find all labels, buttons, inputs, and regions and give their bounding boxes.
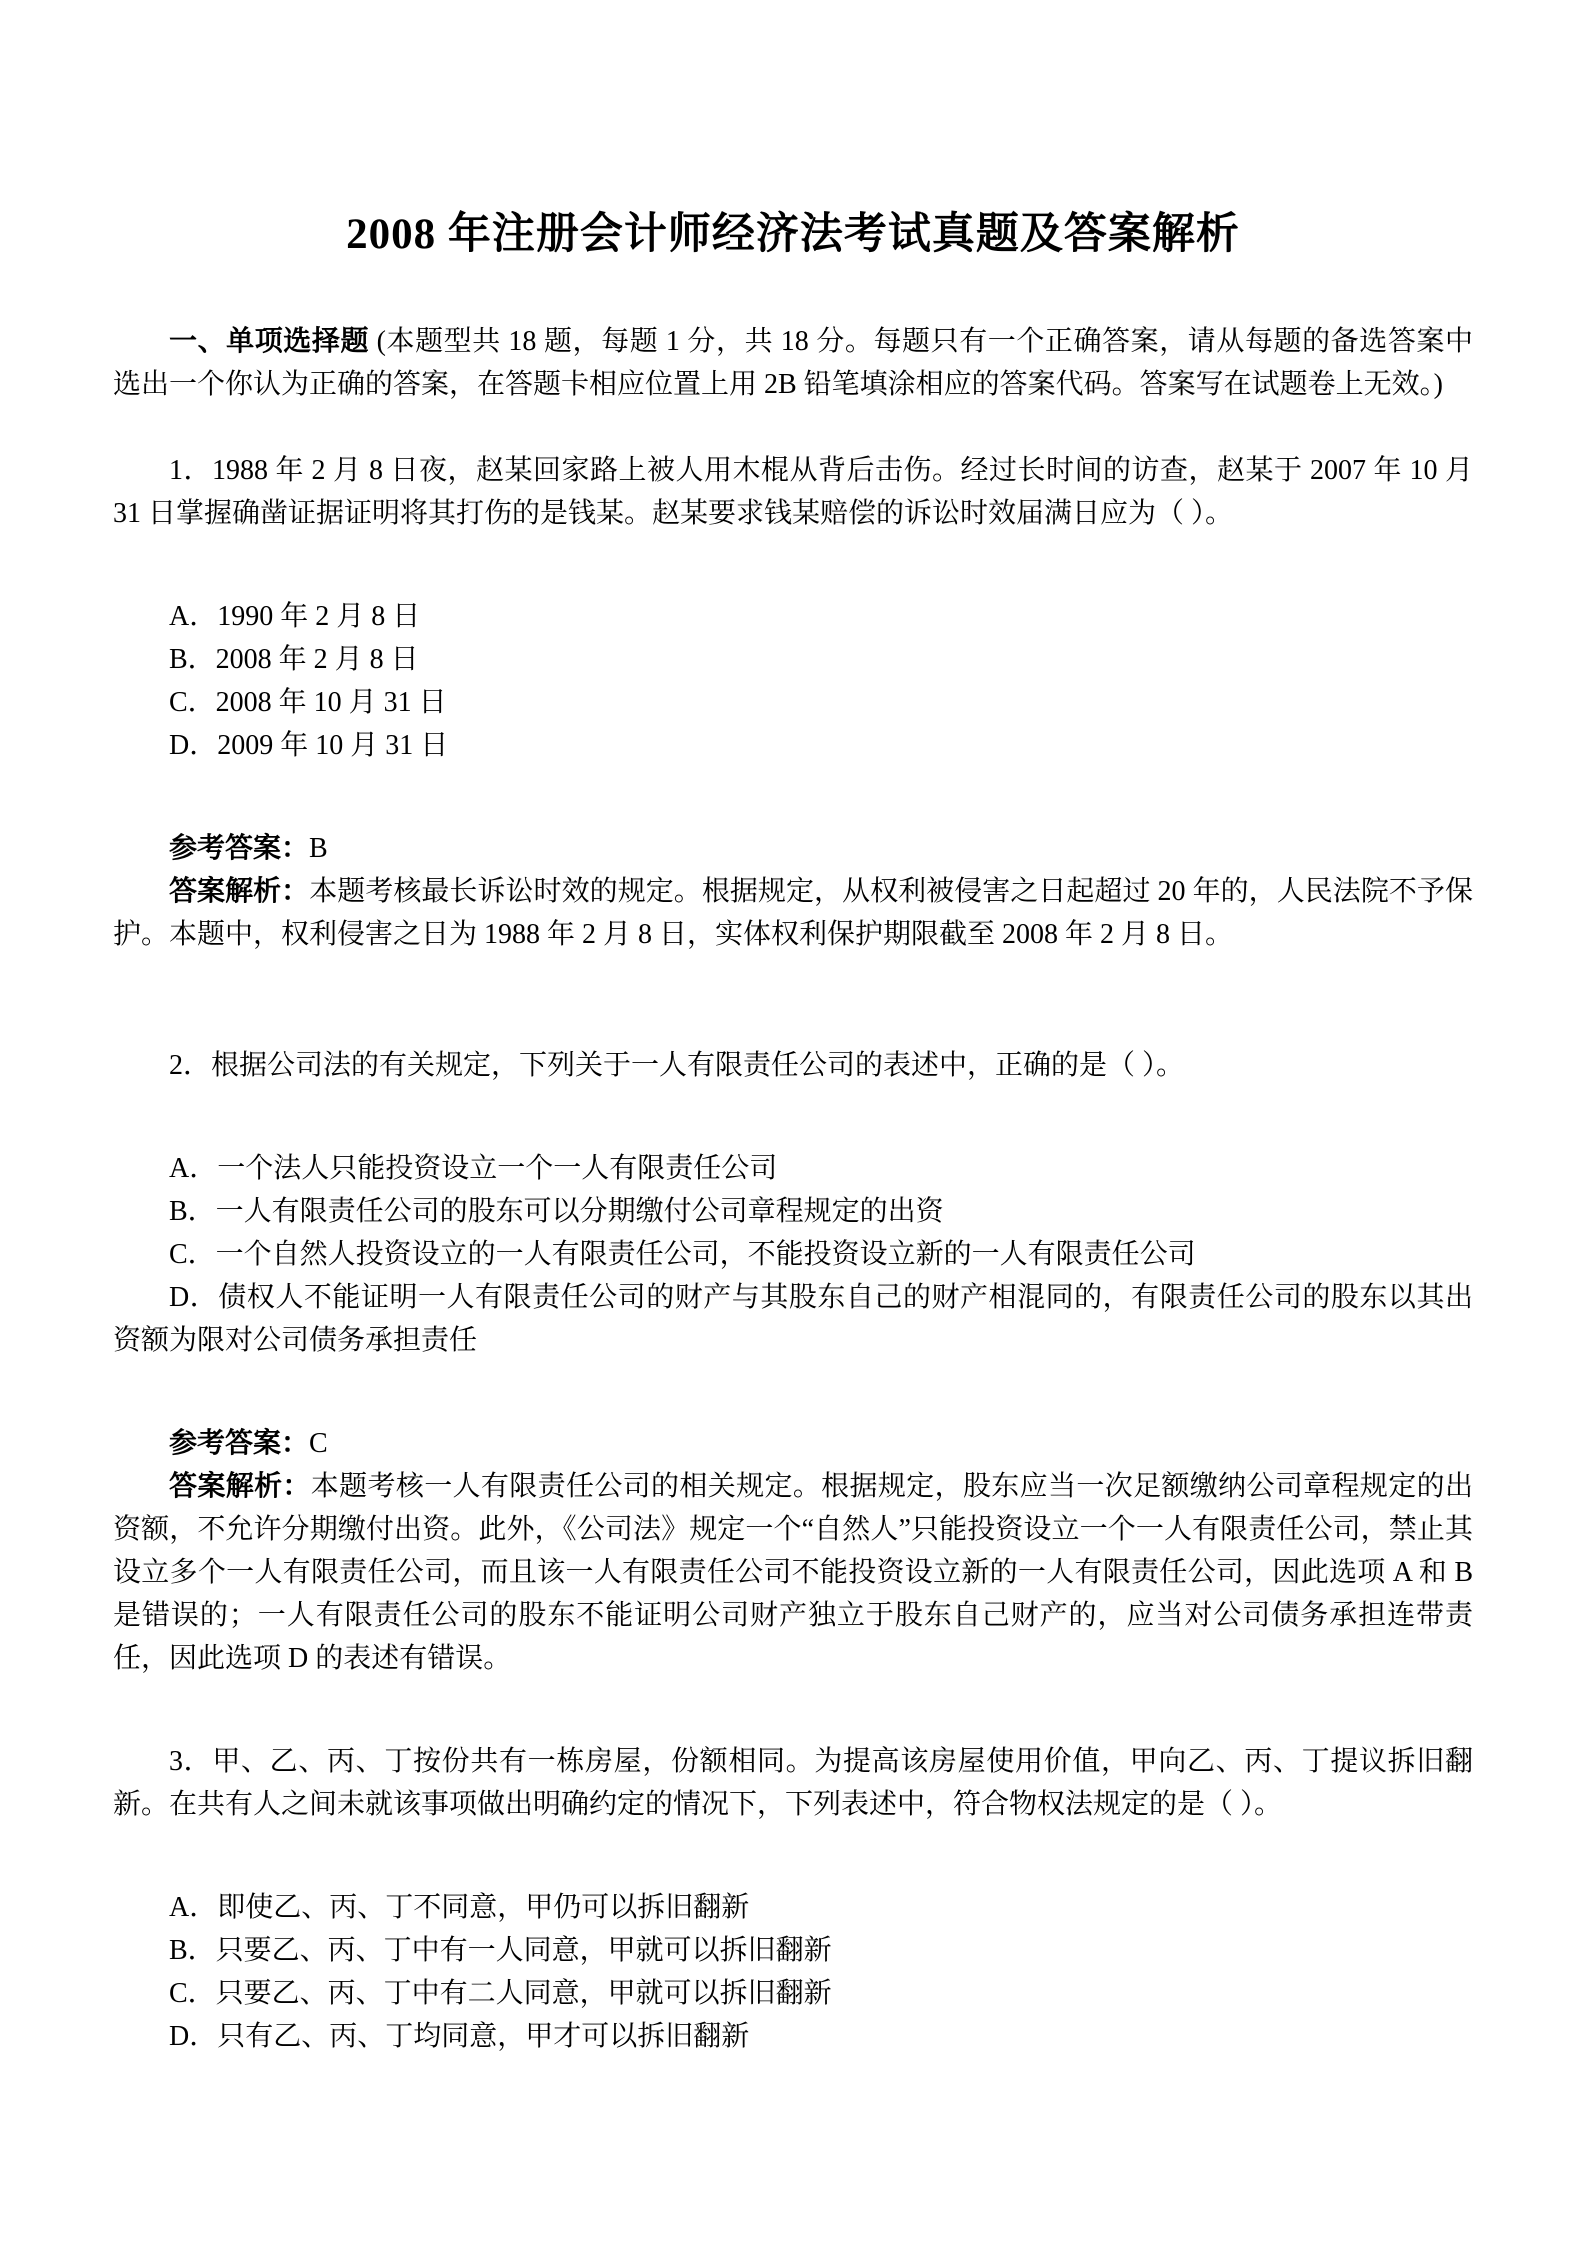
question-1-option-b: B．2008 年 2 月 8 日 — [113, 638, 1473, 681]
section-heading: 一、单项选择题 (本题型共 18 题，每题 1 分，共 18 分。每题只有一个正… — [113, 320, 1473, 406]
answer-value: C — [309, 1428, 328, 1459]
analysis-text: 本题考核最长诉讼时效的规定。根据规定，从权利被侵害之日起超过 20 年的，人民法… — [113, 876, 1473, 950]
question-2-answer-line: 参考答案：C — [113, 1422, 1473, 1465]
question-1-analysis: 答案解析：本题考核最长诉讼时效的规定。根据规定，从权利被侵害之日起超过 20 年… — [113, 870, 1473, 956]
question-3-options: A．即使乙、丙、丁不同意，甲仍可以拆旧翻新 B．只要乙、丙、丁中有一人同意，甲就… — [113, 1886, 1473, 2058]
document-page: 2008 年注册会计师经济法考试真题及答案解析 一、单项选择题 (本题型共 18… — [0, 0, 1586, 2244]
question-2-options: A．一个法人只能投资设立一个一人有限责任公司 B．一人有限责任公司的股东可以分期… — [113, 1147, 1473, 1362]
question-2-option-d: D．债权人不能证明一人有限责任公司的财产与其股东自己的财产相混同的，有限责任公司… — [113, 1276, 1473, 1362]
question-3-option-c: C．只要乙、丙、丁中有二人同意，甲就可以拆旧翻新 — [113, 1972, 1473, 2015]
answer-label: 参考答案： — [169, 833, 309, 864]
question-3-option-b: B．只要乙、丙、丁中有一人同意，甲就可以拆旧翻新 — [113, 1929, 1473, 1972]
question-block-1: 1．1988 年 2 月 8 日夜，赵某回家路上被人用木棍从背后击伤。经过长时间… — [113, 449, 1473, 956]
analysis-text: 本题考核一人有限责任公司的相关规定。根据规定，股东应当一次足额缴纳公司章程规定的… — [113, 1471, 1473, 1674]
question-3-option-a: A．即使乙、丙、丁不同意，甲仍可以拆旧翻新 — [113, 1886, 1473, 1929]
question-2-analysis: 答案解析：本题考核一人有限责任公司的相关规定。根据规定，股东应当一次足额缴纳公司… — [113, 1465, 1473, 1680]
question-3-option-d: D．只有乙、丙、丁均同意，甲才可以拆旧翻新 — [113, 2015, 1473, 2058]
analysis-label: 答案解析： — [169, 1471, 311, 1502]
question-1-text: 1．1988 年 2 月 8 日夜，赵某回家路上被人用木棍从背后击伤。经过长时间… — [113, 449, 1473, 535]
document-title: 2008 年注册会计师经济法考试真题及答案解析 — [113, 208, 1473, 262]
question-1-option-c: C．2008 年 10 月 31 日 — [113, 681, 1473, 724]
question-2-text: 2．根据公司法的有关规定，下列关于一人有限责任公司的表述中，正确的是（ ）。 — [113, 1044, 1473, 1087]
question-1-option-d: D．2009 年 10 月 31 日 — [113, 724, 1473, 767]
question-2-option-c: C．一个自然人投资设立的一人有限责任公司，不能投资设立新的一人有限责任公司 — [113, 1233, 1473, 1276]
question-2-option-b: B．一人有限责任公司的股东可以分期缴付公司章程规定的出资 — [113, 1190, 1473, 1233]
section-heading-label: 一、单项选择题 — [169, 326, 369, 357]
question-1-answer-line: 参考答案：B — [113, 827, 1473, 870]
analysis-label: 答案解析： — [169, 876, 309, 907]
answer-label: 参考答案： — [169, 1428, 309, 1459]
question-block-3: 3．甲、乙、丙、丁按份共有一栋房屋，份额相同。为提高该房屋使用价值，甲向乙、丙、… — [113, 1740, 1473, 2058]
question-1-options: A．1990 年 2 月 8 日 B．2008 年 2 月 8 日 C．2008… — [113, 595, 1473, 767]
question-2-option-a: A．一个法人只能投资设立一个一人有限责任公司 — [113, 1147, 1473, 1190]
question-3-text: 3．甲、乙、丙、丁按份共有一栋房屋，份额相同。为提高该房屋使用价值，甲向乙、丙、… — [113, 1740, 1473, 1826]
question-1-option-a: A．1990 年 2 月 8 日 — [113, 595, 1473, 638]
question-block-2: 2．根据公司法的有关规定，下列关于一人有限责任公司的表述中，正确的是（ ）。 A… — [113, 1044, 1473, 1680]
answer-value: B — [309, 833, 328, 864]
